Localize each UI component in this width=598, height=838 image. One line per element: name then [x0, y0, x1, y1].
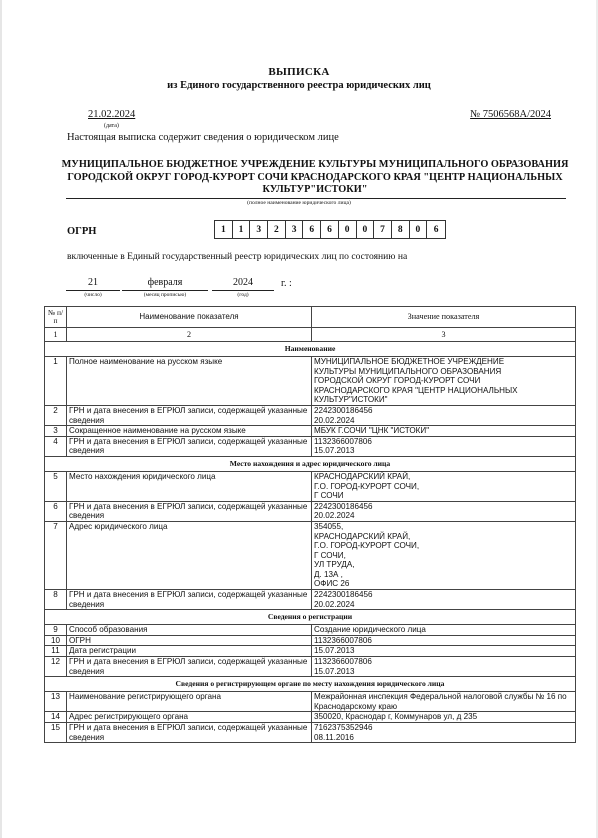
indicator-value: МБУК Г.СОЧИ "ЦНК "ИСТОКИ" [312, 426, 576, 437]
indicator-name: Полное наименование на русском языке [67, 357, 312, 406]
section-title: Наименование [45, 342, 576, 357]
table-row: 3Сокращенное наименование на русском язы… [45, 426, 576, 437]
indicator-name: ГРН и дата внесения в ЕГРЮЛ записи, соде… [67, 436, 312, 456]
section-header-row: Место нахождения и адрес юридического ли… [45, 456, 576, 471]
table-row: 5Место нахождения юридического лицаКРАСН… [45, 471, 576, 501]
ogrn-digit: 7 [374, 221, 392, 238]
egrul-data-table: № п/п Наименование показателя Значение п… [44, 306, 576, 743]
ogrn-digit: 6 [303, 221, 321, 238]
indicator-name: Способ образования [67, 625, 312, 636]
table-row: 13Наименование регистрирующего органаМеж… [45, 692, 576, 712]
ogrn-digit: 2 [268, 221, 286, 238]
row-number: 3 [45, 426, 67, 437]
ogrn-digit: 0 [410, 221, 428, 238]
as-of-month-caption: (месяц прописью) [122, 292, 208, 298]
ogrn-digit: 0 [339, 221, 357, 238]
indicator-name: ГРН и дата внесения в ЕГРЮЛ записи, соде… [67, 590, 312, 610]
indicator-value: МУНИЦИПАЛЬНОЕ БЮДЖЕТНОЕ УЧРЕЖДЕНИЕ КУЛЬТ… [312, 357, 576, 406]
indicator-value: Создание юридического лица [312, 625, 576, 636]
organization-name-caption: (полное наименование юридического лица) [0, 200, 598, 206]
row-number: 4 [45, 436, 67, 456]
indicator-value: КРАСНОДАРСКИЙ КРАЙ, Г.О. ГОРОД-КУРОРТ СО… [312, 471, 576, 501]
row-number: 2 [45, 405, 67, 425]
table-row: 1Полное наименование на русском языкеМУН… [45, 357, 576, 406]
as-of-month: февраля (месяц прописью) [122, 277, 208, 298]
table-row: 4ГРН и дата внесения в ЕГРЮЛ записи, сод… [45, 436, 576, 456]
indicator-name: Адрес юридического лица [67, 521, 312, 589]
as-of-day-value: 21 [66, 277, 120, 291]
as-of-year: 2024 (год) [212, 277, 274, 298]
table-header-row: № п/п Наименование показателя Значение п… [45, 307, 576, 328]
table-row: 6ГРН и дата внесения в ЕГРЮЛ записи, сод… [45, 501, 576, 521]
table-row: 14Адрес регистрирующего органа350020, Кр… [45, 712, 576, 723]
table-body: Наименование1Полное наименование на русс… [45, 342, 576, 743]
page-edge-left [0, 0, 2, 838]
ogrn-digit: 1 [233, 221, 251, 238]
indicator-value: 350020, Краснодар г, Коммунаров ул, д 23… [312, 712, 576, 723]
as-of-year-value: 2024 [212, 277, 274, 291]
indicator-name: Наименование регистрирующего органа [67, 692, 312, 712]
row-number: 12 [45, 657, 67, 677]
row-number: 13 [45, 692, 67, 712]
header-indicator-name: Наименование показателя [67, 307, 312, 328]
section-title: Сведения о регистрирующем органе по мест… [45, 677, 576, 692]
extract-date: 21.02.2024 [88, 109, 135, 120]
ogrn-digit: 3 [250, 221, 268, 238]
row-number: 6 [45, 501, 67, 521]
indicator-name: Дата регистрации [67, 646, 312, 657]
extract-number: № 7506568А/2024 [470, 109, 551, 120]
indicator-value: 2242300186456 20.02.2024 [312, 590, 576, 610]
organization-name-underline [66, 198, 566, 199]
table-row: 2ГРН и дата внесения в ЕГРЮЛ записи, сод… [45, 405, 576, 425]
as-of-day-caption: (число) [66, 292, 120, 298]
indicator-value: 15.07.2013 [312, 646, 576, 657]
table-row: 9Способ образованияСоздание юридического… [45, 625, 576, 636]
index-col-1: 1 [45, 328, 67, 342]
table-row: 15ГРН и дата внесения в ЕГРЮЛ записи, со… [45, 723, 576, 743]
document-title: ВЫПИСКА [0, 66, 598, 78]
ogrn-digit: 0 [357, 221, 375, 238]
indicator-value: 1132366007806 15.07.2013 [312, 657, 576, 677]
table-row: 11Дата регистрации15.07.2013 [45, 646, 576, 657]
indicator-name: ГРН и дата внесения в ЕГРЮЛ записи, соде… [67, 405, 312, 425]
header-number: № п/п [45, 307, 67, 328]
indicator-value: 7162375352946 08.11.2016 [312, 723, 576, 743]
indicator-name: ОГРН [67, 635, 312, 646]
indicator-value: 1132366007806 15.07.2013 [312, 436, 576, 456]
intro-text: Настоящая выписка содержит сведения о юр… [67, 132, 339, 143]
indicator-value: 1132366007806 [312, 635, 576, 646]
table-row: 10ОГРН1132366007806 [45, 635, 576, 646]
row-number: 9 [45, 625, 67, 636]
as-of-suffix: г. : [281, 278, 292, 289]
header-indicator-value: Значение показателя [312, 307, 576, 328]
indicator-name: Адрес регистрирующего органа [67, 712, 312, 723]
section-header-row: Наименование [45, 342, 576, 357]
indicator-value: 354055, КРАСНОДАРСКИЙ КРАЙ, Г.О. ГОРОД-К… [312, 521, 576, 589]
row-number: 14 [45, 712, 67, 723]
indicator-value: 2242300186456 20.02.2024 [312, 501, 576, 521]
ogrn-digit: 6 [427, 221, 445, 238]
indicator-name: ГРН и дата внесения в ЕГРЮЛ записи, соде… [67, 723, 312, 743]
section-title: Место нахождения и адрес юридического ли… [45, 456, 576, 471]
included-text: включенные в Единый государственный реес… [67, 251, 407, 262]
table-row: 8ГРН и дата внесения в ЕГРЮЛ записи, сод… [45, 590, 576, 610]
row-number: 11 [45, 646, 67, 657]
index-col-3: 3 [312, 328, 576, 342]
ogrn-digit: 1 [215, 221, 233, 238]
ogrn-digit: 3 [286, 221, 304, 238]
indicator-name: ГРН и дата внесения в ЕГРЮЛ записи, соде… [67, 657, 312, 677]
as-of-day: 21 (число) [66, 277, 120, 298]
row-number: 7 [45, 521, 67, 589]
ogrn-label: ОГРН [67, 226, 96, 237]
as-of-month-value: февраля [122, 277, 208, 291]
section-header-row: Сведения о регистрирующем органе по мест… [45, 677, 576, 692]
indicator-name: ГРН и дата внесения в ЕГРЮЛ записи, соде… [67, 501, 312, 521]
ogrn-digit-boxes: 1132366007806 [214, 220, 446, 239]
indicator-value: Межрайонная инспекция Федеральной налого… [312, 692, 576, 712]
extract-date-caption: (дата) [104, 123, 119, 129]
table-index-row: 1 2 3 [45, 328, 576, 342]
ogrn-digit: 6 [321, 221, 339, 238]
row-number: 1 [45, 357, 67, 406]
indicator-name: Сокращенное наименование на русском язык… [67, 426, 312, 437]
document-subtitle: из Единого государственного реестра юрид… [0, 80, 598, 91]
indicator-value: 2242300186456 20.02.2024 [312, 405, 576, 425]
row-number: 15 [45, 723, 67, 743]
table-row: 12ГРН и дата внесения в ЕГРЮЛ записи, со… [45, 657, 576, 677]
index-col-2: 2 [67, 328, 312, 342]
table-row: 7Адрес юридического лица354055, КРАСНОДА… [45, 521, 576, 589]
organization-full-name: МУНИЦИПАЛЬНОЕ БЮДЖЕТНОЕ УЧРЕЖДЕНИЕ КУЛЬТ… [60, 159, 570, 197]
section-header-row: Сведения о регистрации [45, 610, 576, 625]
indicator-name: Место нахождения юридического лица [67, 471, 312, 501]
section-title: Сведения о регистрации [45, 610, 576, 625]
row-number: 5 [45, 471, 67, 501]
row-number: 10 [45, 635, 67, 646]
row-number: 8 [45, 590, 67, 610]
as-of-year-caption: (год) [212, 292, 274, 298]
ogrn-digit: 8 [392, 221, 410, 238]
